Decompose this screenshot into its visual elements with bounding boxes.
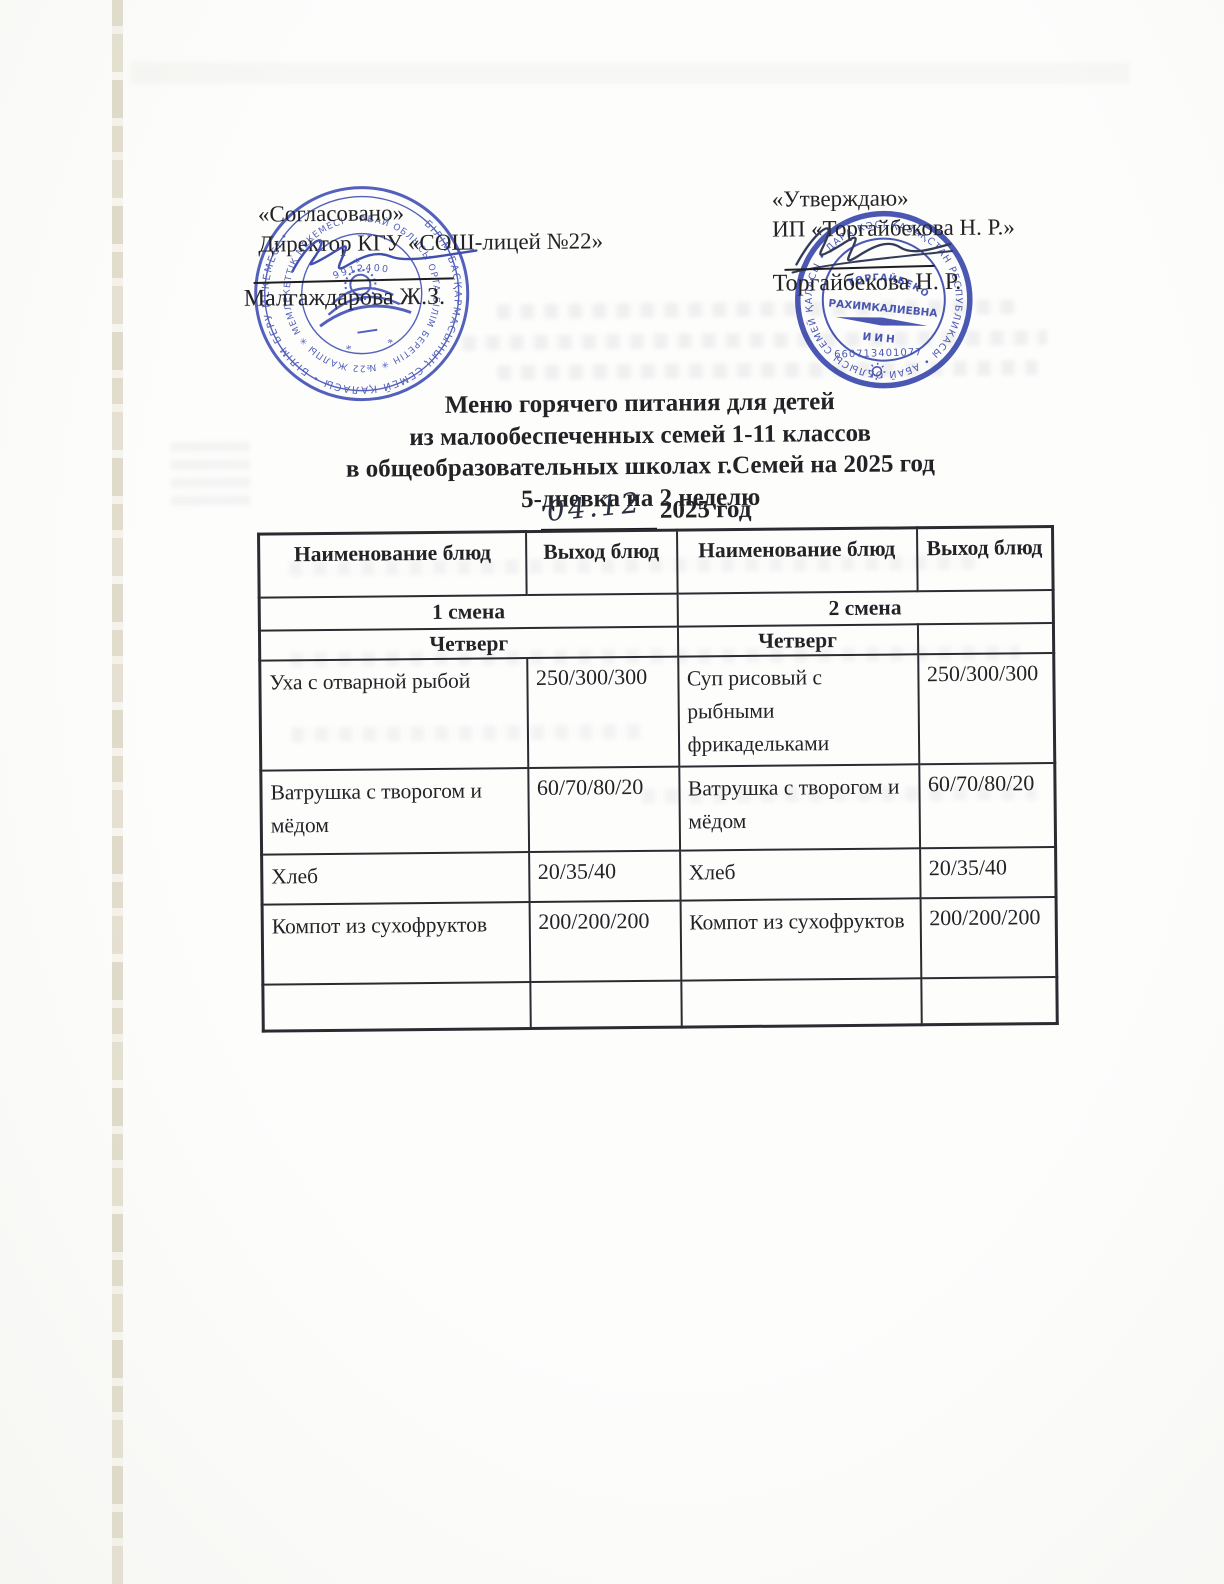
col-header-out-left: Выход блюд [526,530,678,594]
table-row: Хлеб 20/35/40 Хлеб 20/35/40 [262,847,1056,905]
stamp-iin-label: ИИН [862,331,898,346]
date-row: 04.12 2025 год [547,491,752,526]
portion-cell: 60/70/80/20 [528,767,680,852]
signer-name-right: Торгайбекова Н. Р. [773,269,962,298]
empty-cell [263,982,530,1031]
empty-cell [681,979,921,1027]
col-header-dish-left: Наименование блюд [259,532,527,598]
dish-cell: Уха с отварной рыбой [260,658,528,771]
table-row: Ватрушка с творогом и мёдом 60/70/80/20 … [261,763,1056,855]
dish-cell: Хлеб [680,849,920,901]
dish-cell: Компот из сухофруктов [680,899,921,981]
signer-name-left: Малгаждарова Ж.З. [244,284,446,313]
portion-cell: 20/35/40 [920,847,1056,898]
shift-2-label: 2 смена [677,589,1053,626]
menu-table: Наименование блюд Выход блюд Наименовани… [257,525,1059,1032]
empty-cell [921,977,1057,1024]
svg-text:*: * [345,342,353,357]
dish-cell: Суп рисовый с рыбными фрикадельками [678,655,919,767]
table-row: Уха с отварной рыбой 250/300/300 Суп рис… [260,653,1055,771]
scanned-page: БІЛІМ БАСҚАРМАСЫНЫҢ СЕМЕЙ ҚАЛАСЫ • БІЛІМ… [0,0,1224,1584]
dish-cell: Хлеб [262,852,529,905]
portion-cell: 20/35/40 [529,851,680,902]
portion-cell: 250/300/300 [918,653,1055,764]
shift-1-label: 1 смена [259,593,677,630]
svg-text:*: * [386,336,394,351]
signature-left [284,223,485,287]
portion-cell: 60/70/80/20 [919,763,1056,848]
portion-cell: 200/200/200 [529,901,681,982]
approval-right-quote: «Утверждаю» [772,182,1015,215]
printed-year: 2025 год [660,496,752,525]
table-header-row: Наименование блюд Выход блюд Наименовани… [259,527,1054,598]
portion-cell: 200/200/200 [920,897,1057,978]
handwritten-date: 04.12 [545,486,643,528]
day-left-label: Четверг [259,626,677,661]
empty-cell [530,981,681,1028]
table-row: Компот из сухофруктов 200/200/200 Компот… [262,897,1057,985]
dish-cell: Ватрушка с творогом и мёдом [679,765,920,851]
col-header-out-right: Выход блюд [916,527,1053,591]
dish-cell: Компот из сухофруктов [262,902,530,985]
day-right-empty [917,622,1053,654]
col-header-dish-right: Наименование блюд [677,528,918,593]
day-right-label: Четверг [677,624,917,657]
stamp-iin-value: 660713401077 [834,347,923,360]
dish-cell: Ватрушка с творогом и мёдом [261,768,529,855]
portion-cell: 250/300/300 [527,657,679,768]
table-row-empty [263,977,1057,1031]
stamp-patronymic: РАХИМКАЛИЕВНА [828,297,939,319]
